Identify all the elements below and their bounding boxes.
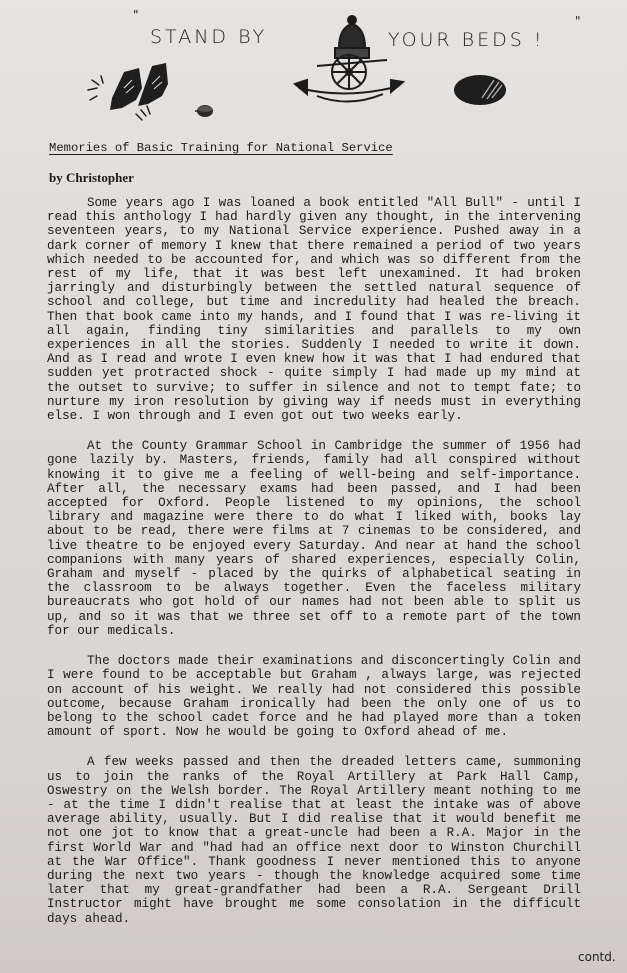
beret-icon — [452, 70, 512, 110]
paragraph: At the County Grammar School in Cambridg… — [47, 439, 581, 638]
royal-artillery-badge-icon — [287, 10, 412, 110]
paragraph: A few weeks passed and then the dreaded … — [47, 755, 581, 925]
document-body: Some years ago I was loaned a book entit… — [47, 196, 581, 942]
header-illustration: " STAND BY YOUR BEDS ! " — [0, 0, 627, 135]
paragraph: The doctors made their examinations and … — [47, 654, 581, 739]
continued-note: contd. — [578, 950, 616, 964]
close-quote: " — [575, 14, 581, 28]
byline: by Christopher — [49, 170, 134, 186]
open-quote: " — [133, 8, 139, 22]
polish-tin-icon — [194, 103, 214, 119]
paragraph: Some years ago I was loaned a book entit… — [47, 196, 581, 423]
boots-icon — [84, 58, 184, 128]
document-title: Memories of Basic Training for National … — [49, 141, 393, 155]
heading-left: STAND BY — [150, 26, 267, 48]
